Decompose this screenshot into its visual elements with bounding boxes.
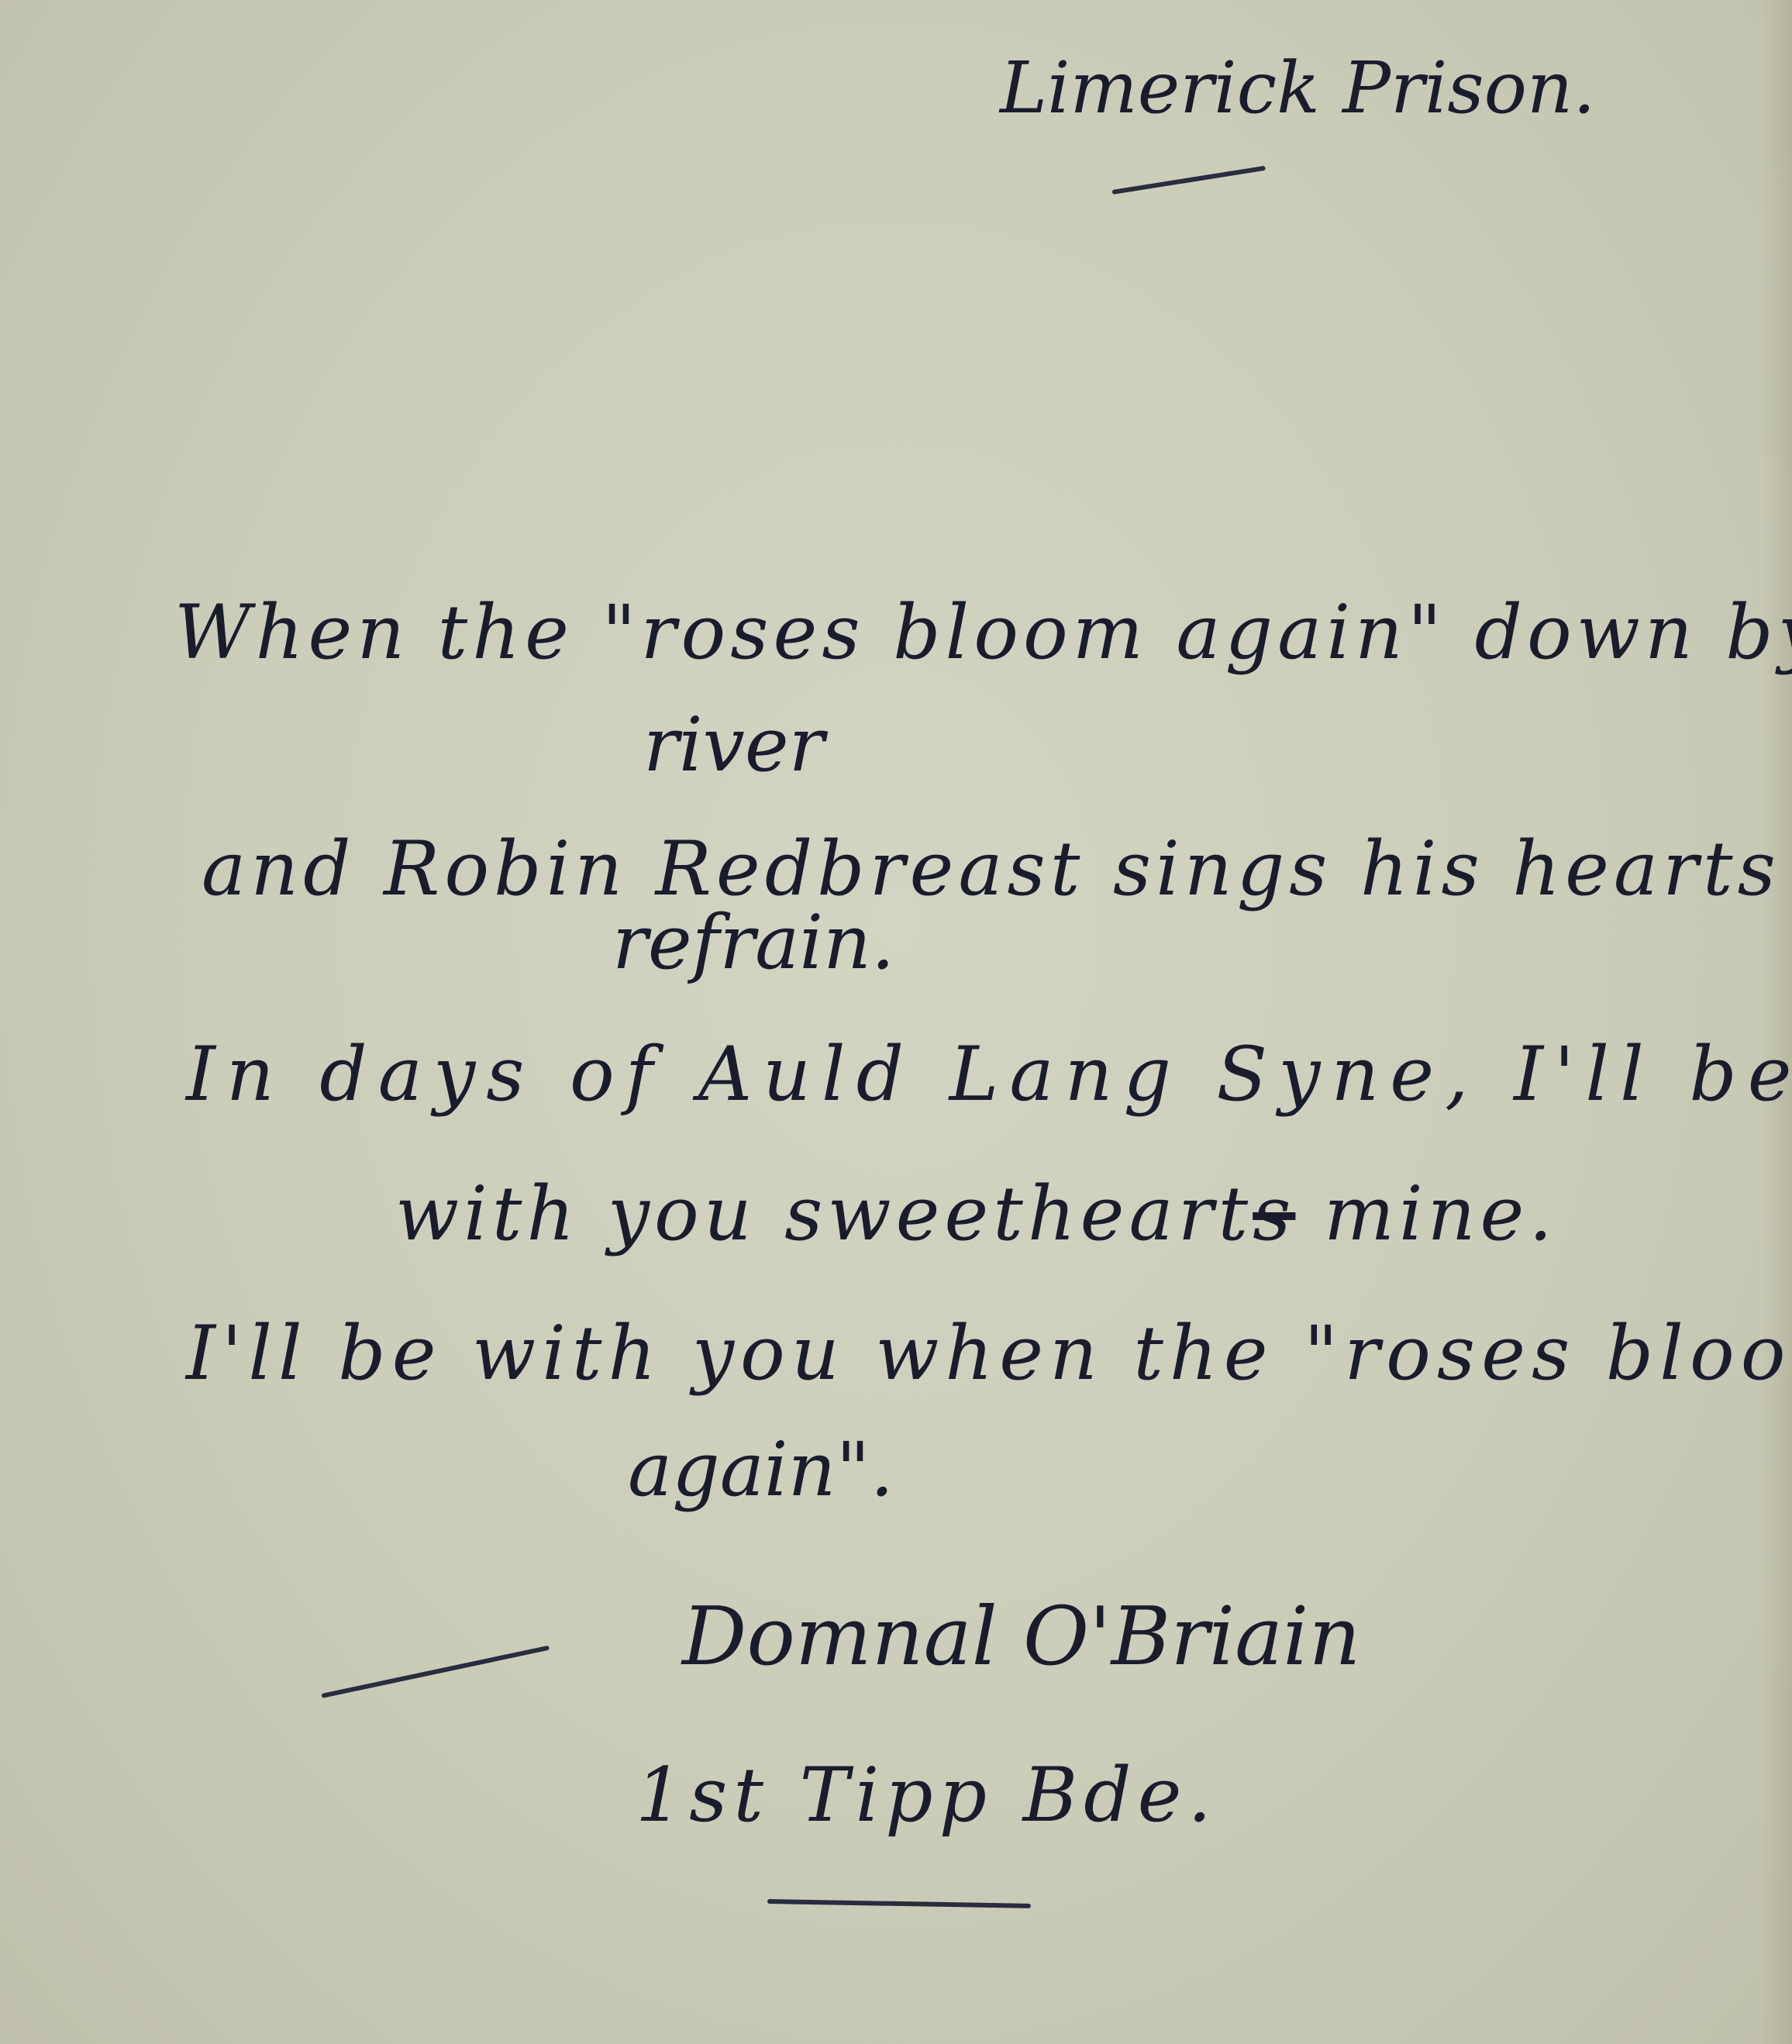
signature-flourish — [321, 1646, 550, 1698]
verse-line-1-continuation: river — [643, 701, 825, 788]
heading-location: Limerick Prison. — [1000, 47, 1596, 129]
handwritten-page: Limerick Prison. When the "roses bloom a… — [0, 0, 1792, 2044]
verse-text: mine. — [1295, 1170, 1556, 1257]
verse-line-2: and Robin Redbreast sings his hearts — [202, 826, 1780, 912]
unit-underline — [767, 1899, 1031, 1908]
brigade-unit: 1st Tipp Bde. — [636, 1752, 1218, 1839]
struck-through-text: s — [1253, 1170, 1295, 1257]
verse-line-3: In days of Auld Lang Syne, I'll be — [186, 1031, 1792, 1118]
verse-line-3-continuation: with you sweethearts mine. — [395, 1170, 1557, 1257]
verse-line-4-continuation: again". — [628, 1426, 894, 1513]
verse-line-4: I'll be with you when the "roses bloom — [186, 1310, 1792, 1397]
signature: Domnal O'Briain — [682, 1589, 1360, 1684]
verse-line-1: When the "roses bloom again" down by the — [174, 589, 1792, 676]
page-edge-shadow — [1761, 0, 1792, 2044]
verse-line-2-continuation: refrain. — [612, 899, 894, 986]
verse-text: with you sweetheart — [395, 1170, 1253, 1257]
heading-underline — [1112, 166, 1266, 195]
